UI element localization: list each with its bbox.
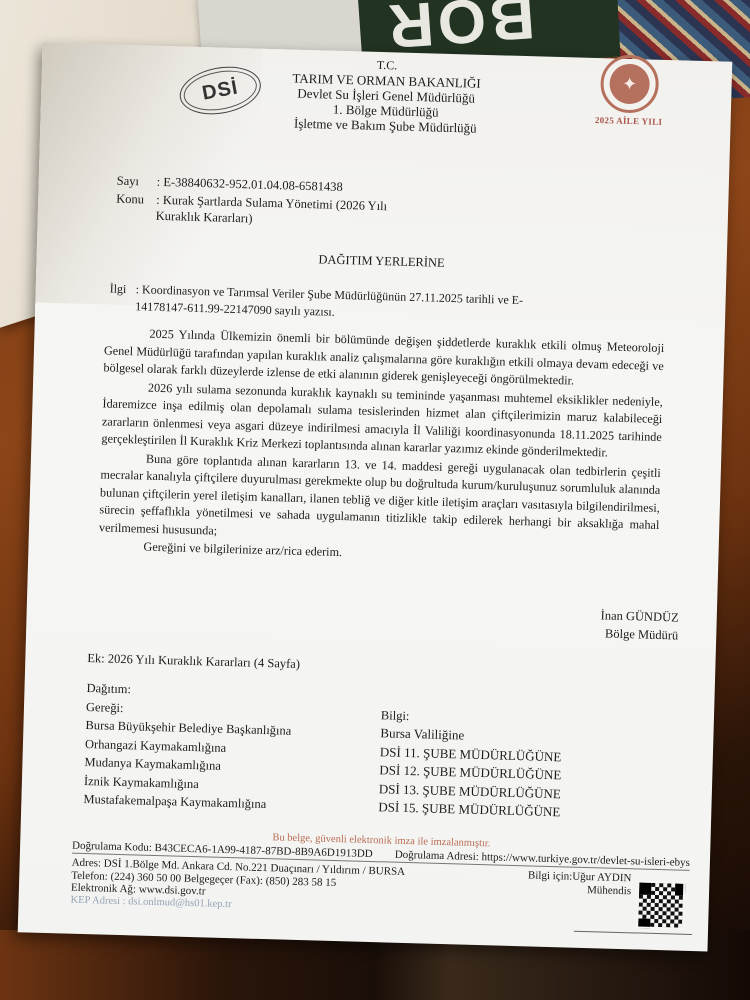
gereği-column: Gereği: Bursa Büyükşehir Belediye Başkan… [83, 698, 381, 817]
document-meta: Sayı : E-38840632-952.01.04.08-6581438 K… [116, 173, 457, 232]
ilgi-value: : Koordinasyon ve Tarımsal Veriler Şube … [135, 281, 556, 327]
attachment-line: Ek: 2026 Yılı Kuraklık Kararları (4 Sayf… [87, 651, 300, 672]
konu-value: : Kurak Şartlarda Sulama Yönetimi (2026 … [156, 192, 397, 231]
ilgi-label: İlgi [109, 281, 136, 316]
sayi-label: Sayı [117, 173, 157, 190]
address-block: Adres: DSİ 1.Bölge Md. Ankara Cd. No.221… [70, 857, 405, 916]
signatory-name: İnan GÜNDÜZ [600, 606, 679, 626]
signatory-title: Bölge Müdürü [600, 624, 679, 644]
qr-code-icon [636, 880, 685, 929]
letter-body: 2025 Yılında Ülkemizin önemli bir bölümü… [98, 324, 664, 571]
recipient-title: DAĞITIM YERLERİNE [37, 244, 727, 278]
bottom-rule [574, 931, 692, 935]
contact-title: Mühendis [527, 882, 631, 897]
reference: İlgi : Koordinasyon ve Tarımsal Veriler … [109, 281, 556, 327]
family-hands-icon: ✦ [600, 54, 660, 114]
paragraph: Buna göre toplantıda alınan kararların 1… [99, 449, 661, 552]
document-footer: Bu belge, güvenli elektronik imza ile im… [70, 827, 690, 924]
family-year-logo: ✦ 2025 AİLE YILI [588, 54, 670, 127]
bilgi-column: Bilgi: Bursa Valiliğine DSİ 11. ŞUBE MÜD… [378, 706, 641, 824]
signature-block: İnan GÜNDÜZ Bölge Müdürü [600, 606, 679, 644]
distribution-list: Dağıtım: Gereği: Bursa Büyükşehir Beledi… [83, 679, 646, 824]
konu-label: Konu [116, 191, 157, 224]
document-sheet: DSİ T.C. TARIM VE ORMAN BAKANLIĞI Devlet… [18, 43, 733, 952]
